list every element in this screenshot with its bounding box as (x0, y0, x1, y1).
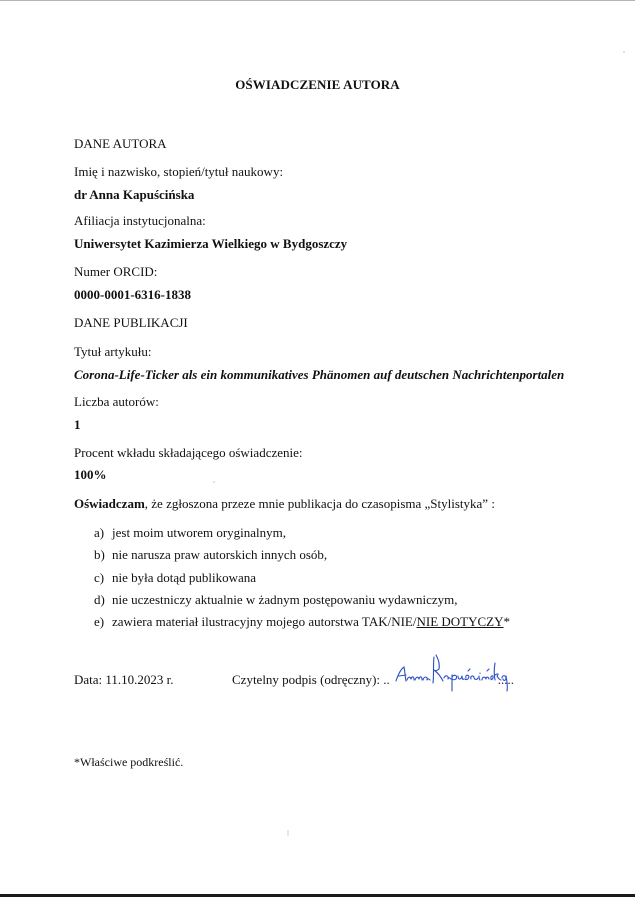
list-marker: b) (94, 547, 112, 563)
affiliation-label: Afiliacja instytucjonalna: (74, 213, 206, 229)
declaration-lead: Oświadczam (74, 496, 145, 511)
contribution-label: Procent wkładu składającego oświadczenie… (74, 445, 303, 461)
declaration-item: c)nie była dotąd publikowana (94, 570, 256, 586)
declaration-item-text: nie była dotąd publikowana (112, 570, 256, 585)
list-marker: d) (94, 592, 112, 608)
selected-option: NIE DOTYCZY (416, 614, 503, 629)
footnote: *Właściwe podkreślić. (74, 755, 183, 770)
declaration-lead-rest: , że zgłoszona przeze mnie publikacja do… (145, 496, 495, 511)
declaration-item-text: nie uczestniczy aktualnie w żadnym postę… (112, 592, 457, 607)
declaration-item-text: jest moim utworem oryginalnym, (112, 525, 286, 540)
author-section-heading: DANE AUTORA (74, 136, 167, 152)
signature-label: Czytelny podpis (odręczny): (232, 672, 383, 687)
scan-speck (623, 51, 625, 53)
handwritten-signature (392, 649, 516, 693)
affiliation-value: Uniwersytet Kazimierza Wielkiego w Bydgo… (74, 236, 347, 252)
signature-dots-before: .. (383, 672, 390, 687)
declaration-statement: Oświadczam, że zgłoszona przeze mnie pub… (74, 496, 495, 512)
publication-section-heading: DANE PUBLIKACJI (74, 315, 188, 331)
footnote-marker: * (504, 614, 511, 629)
declaration-item: d)nie uczestniczy aktualnie w żadnym pos… (94, 592, 457, 608)
scan-speck (213, 481, 215, 483)
declaration-item: e)zawiera materiał ilustracyjny mojego a… (94, 614, 510, 630)
declaration-item: b)nie narusza praw autorskich innych osó… (94, 547, 327, 563)
scan-speck (287, 830, 289, 836)
list-marker: c) (94, 570, 112, 586)
article-title-label: Tytuł artykułu: (74, 344, 151, 360)
document-page: OŚWIADCZENIE AUTORA DANE AUTORA Imię i n… (0, 0, 635, 897)
declaration-item-text: zawiera materiał ilustracyjny mojego aut… (112, 614, 416, 629)
authors-count-value: 1 (74, 417, 81, 433)
name-value: dr Anna Kapuścińska (74, 187, 194, 203)
orcid-label: Numer ORCID: (74, 264, 157, 280)
authors-count-label: Liczba autorów: (74, 394, 159, 410)
list-marker: e) (94, 614, 112, 630)
contribution-value: 100% (74, 467, 107, 483)
article-title-value: Corona-Life-Ticker als ein kommunikative… (74, 367, 564, 383)
name-label: Imię i nazwisko, stopień/tytuł naukowy: (74, 164, 283, 180)
list-marker: a) (94, 525, 112, 541)
document-title: OŚWIADCZENIE AUTORA (0, 77, 635, 93)
declaration-item: a)jest moim utworem oryginalnym, (94, 525, 286, 541)
date-field: Data: 11.10.2023 r. (74, 672, 174, 688)
declaration-item-text: nie narusza praw autorskich innych osób, (112, 547, 327, 562)
orcid-value: 0000-0001-6316-1838 (74, 287, 191, 303)
